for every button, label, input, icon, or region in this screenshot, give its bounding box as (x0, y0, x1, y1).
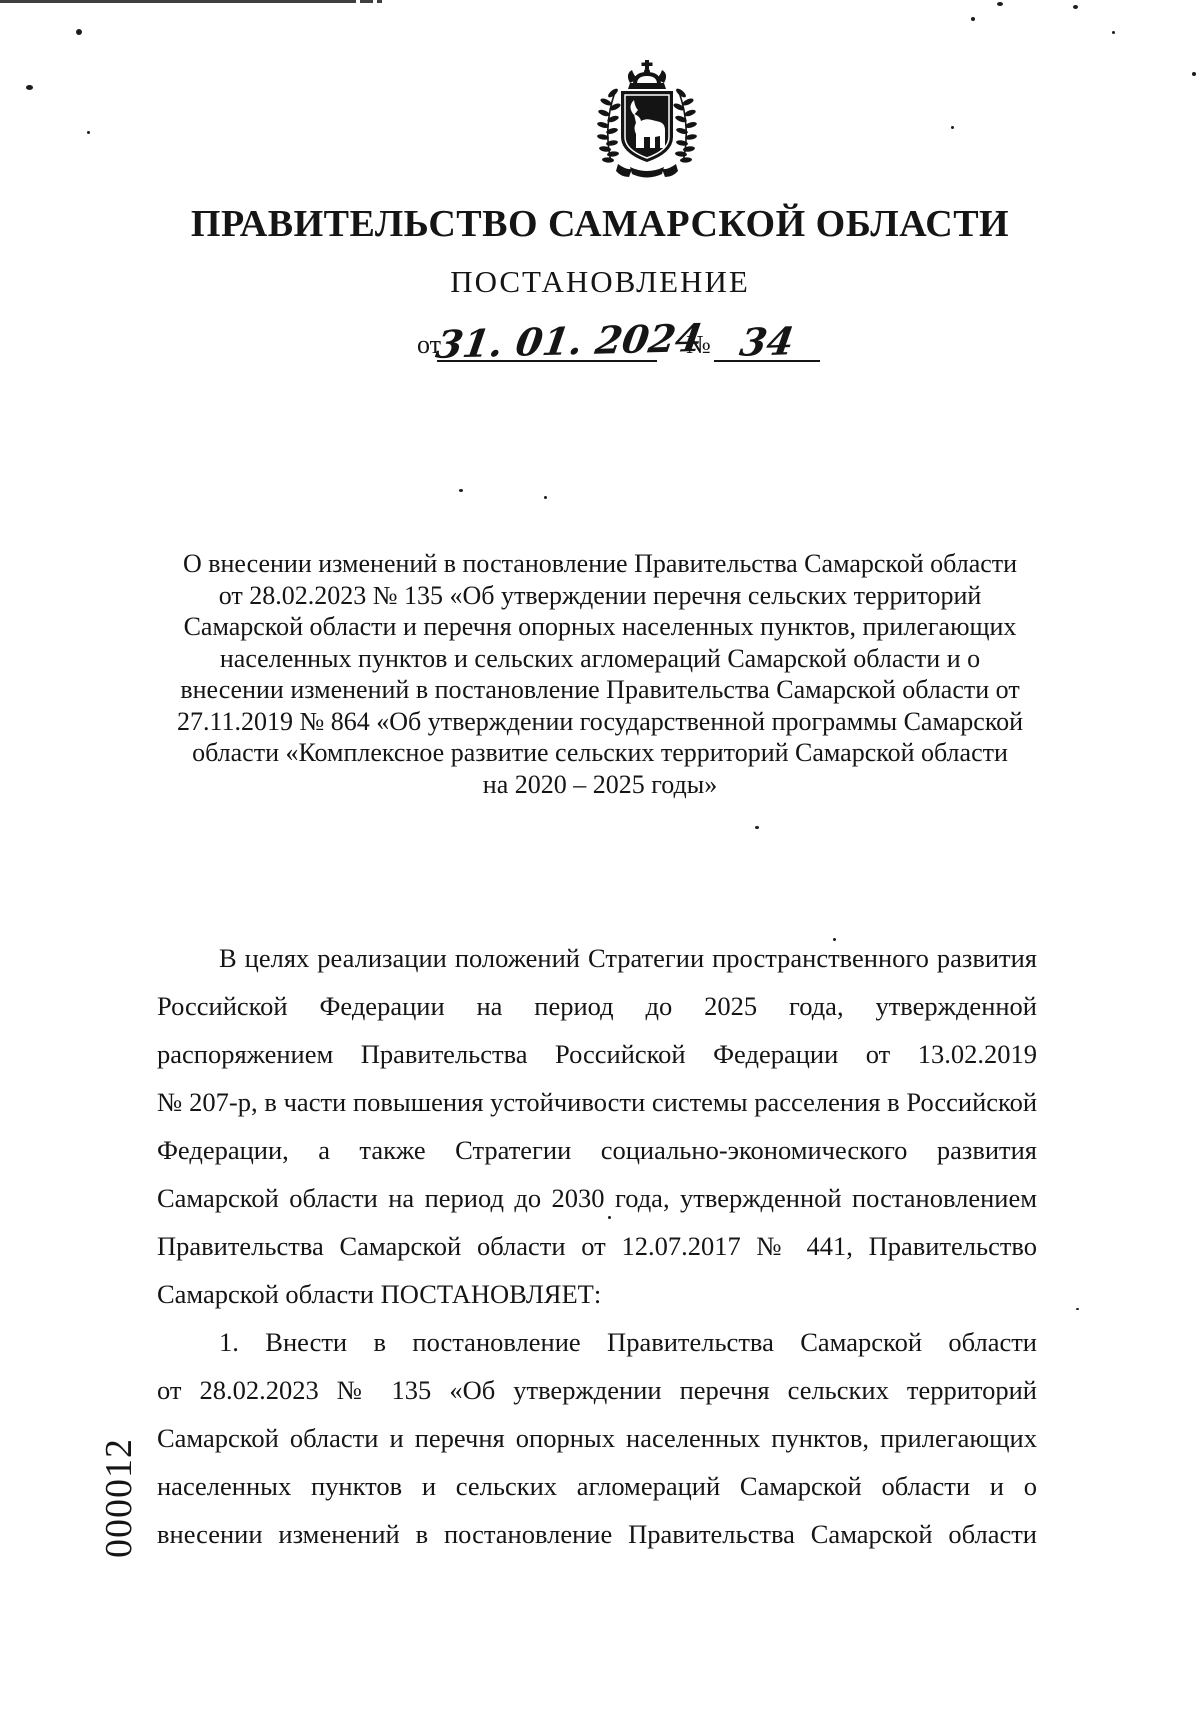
title-line: на 2020 – 2025 годы» (170, 769, 1030, 801)
number-handwritten-field: 34 (714, 312, 820, 362)
title-line: Самарской области и перечня опорных насе… (170, 611, 1030, 643)
document-type-title: ПОСТАНОВЛЕНИЕ (0, 264, 1200, 300)
body-line: распоряжением Правительства Российской Ф… (157, 1030, 1037, 1078)
scan-edge-bar-fragment (360, 0, 373, 3)
title-line: О внесении изменений в постановление Пра… (170, 548, 1030, 580)
body-line: от 28.02.2023 № 135 «Об утверждении пере… (157, 1366, 1037, 1414)
registration-stamp-number: 000012 (97, 1438, 141, 1558)
body-line: Федерации, а также Стратегии социально-э… (157, 1126, 1037, 1174)
body-line: Самарской области ПОСТАНОВЛЯЕТ: (157, 1270, 1037, 1318)
organization-title: ПРАВИТЕЛЬСТВО САМАРСКОЙ ОБЛАСТИ (0, 202, 1200, 246)
scan-speck (1112, 31, 1115, 34)
scan-edge-bar-fragment (377, 0, 382, 3)
number-handwritten-value: 34 (710, 318, 823, 366)
number-sign-label: № (686, 330, 711, 360)
title-line: населенных пунктов и сельских агломераци… (170, 643, 1030, 675)
document-title-block: О внесении изменений в постановление Пра… (170, 548, 1030, 800)
scanned-document-page: ПРАВИТЕЛЬСТВО САМАРСКОЙ ОБЛАСТИ ПОСТАНОВ… (0, 0, 1200, 1711)
scan-speck (544, 496, 547, 499)
body-line: № 207-р, в части повышения устойчивости … (157, 1078, 1037, 1126)
scan-edge-bar (0, 0, 356, 3)
body-line: В целях реализации положений Стратегии п… (157, 934, 1037, 982)
scan-speck (755, 826, 759, 829)
scan-speck (971, 17, 975, 21)
scan-speck (1076, 1308, 1079, 1310)
body-line: населенных пунктов и сельских агломераци… (157, 1462, 1037, 1510)
scan-speck (459, 489, 463, 492)
date-handwritten-field: 31. 01. 2024 (437, 312, 657, 362)
scan-speck (76, 29, 82, 35)
document-body: В целях реализации положений Стратегии п… (157, 934, 1037, 1558)
title-line: области «Комплексное развитие сельских т… (170, 737, 1030, 769)
title-line: 27.11.2019 № 864 «Об утверждении государ… (170, 706, 1030, 738)
body-line: Самарской области и перечня опорных насе… (157, 1414, 1037, 1462)
scan-speck (87, 131, 90, 134)
scan-speck (1073, 5, 1078, 9)
scan-speck (951, 126, 954, 129)
title-line: внесении изменений в постановление Прави… (170, 674, 1030, 706)
title-line: от 28.02.2023 № 135 «Об утверждении пере… (170, 580, 1030, 612)
samara-coat-of-arms-icon (588, 60, 706, 182)
body-line: 1. Внести в постановление Правительства … (157, 1318, 1037, 1366)
body-line: Российской Федерации на период до 2025 г… (157, 982, 1037, 1030)
scan-speck (1192, 72, 1196, 76)
scan-speck (26, 85, 33, 90)
date-handwritten-value: 31. 01. 2024 (433, 316, 661, 367)
body-line: Самарской области на период до 2030 года… (157, 1174, 1037, 1222)
body-line: внесении изменений в постановление Прави… (157, 1510, 1037, 1558)
date-number-row: от 31. 01. 2024 № 34 (0, 314, 1200, 364)
body-line: Правительства Самарской области от 12.07… (157, 1222, 1037, 1270)
scan-speck (997, 2, 1003, 6)
